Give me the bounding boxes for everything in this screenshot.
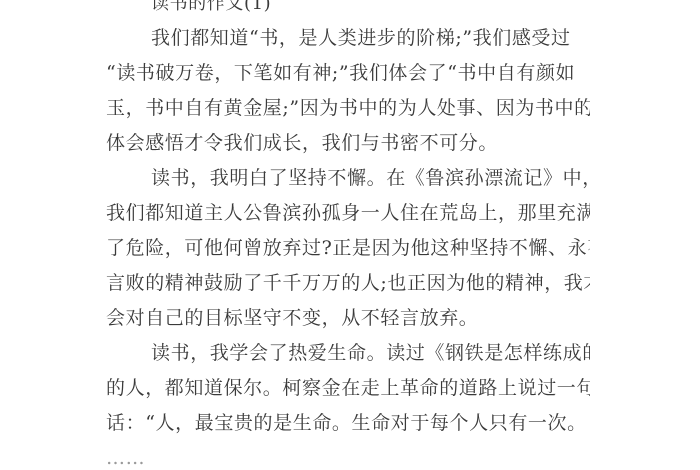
paragraph-line: 体会感悟才令我们成长，我们与书密不可分。 [106, 126, 590, 161]
document-page: 读书的作文(1) 我们都知道“书，是人类进步的阶梯;”我们感受过 “读书破万卷，… [106, 0, 590, 470]
paragraph-line: 读书，我明白了坚持不懈。在《鲁滨孙漂流记》中， [106, 161, 590, 196]
paragraph-3: 读书，我学会了热爱生命。读过《钢铁是怎样练成的》 的人，都知道保尔。柯察金在走上… [106, 336, 590, 470]
paragraph-line: 了危险，可他何曾放弃过?正是因为他这种坚持不懈、永不 [106, 231, 590, 266]
paragraph-line: 的人，都知道保尔。柯察金在走上革命的道路上说过一句 [106, 371, 590, 406]
cut-off-line: …… [106, 441, 590, 470]
paragraph-line: “读书破万卷，下笔如有神;”我们体会了“书中自有颜如 [106, 56, 590, 91]
paragraph-line: 读书，我学会了热爱生命。读过《钢铁是怎样练成的》 [106, 336, 590, 371]
paragraph-line: 言败的精神鼓励了千千万万的人;也正因为他的精神，我才 [106, 266, 590, 301]
paragraph-line: 会对自己的目标坚守不变，从不轻言放弃。 [106, 301, 590, 336]
paragraph-line: 玉，书中自有黄金屋;”因为书中的为人处事、因为书中的 [106, 91, 590, 126]
paragraph-1: 我们都知道“书，是人类进步的阶梯;”我们感受过 “读书破万卷，下笔如有神;”我们… [106, 21, 590, 161]
paragraph-2: 读书，我明白了坚持不懈。在《鲁滨孙漂流记》中， 我们都知道主人公鲁滨孙孤身一人住… [106, 161, 590, 336]
paragraph-line: 我们都知道“书，是人类进步的阶梯;”我们感受过 [106, 21, 590, 56]
paragraph-line: 话：“人，最宝贵的是生命。生命对于每个人只有一次。 [106, 406, 590, 441]
document-title: 读书的作文(1) [106, 0, 590, 21]
paragraph-line: 我们都知道主人公鲁滨孙孤身一人住在荒岛上，那里充满 [106, 196, 590, 231]
